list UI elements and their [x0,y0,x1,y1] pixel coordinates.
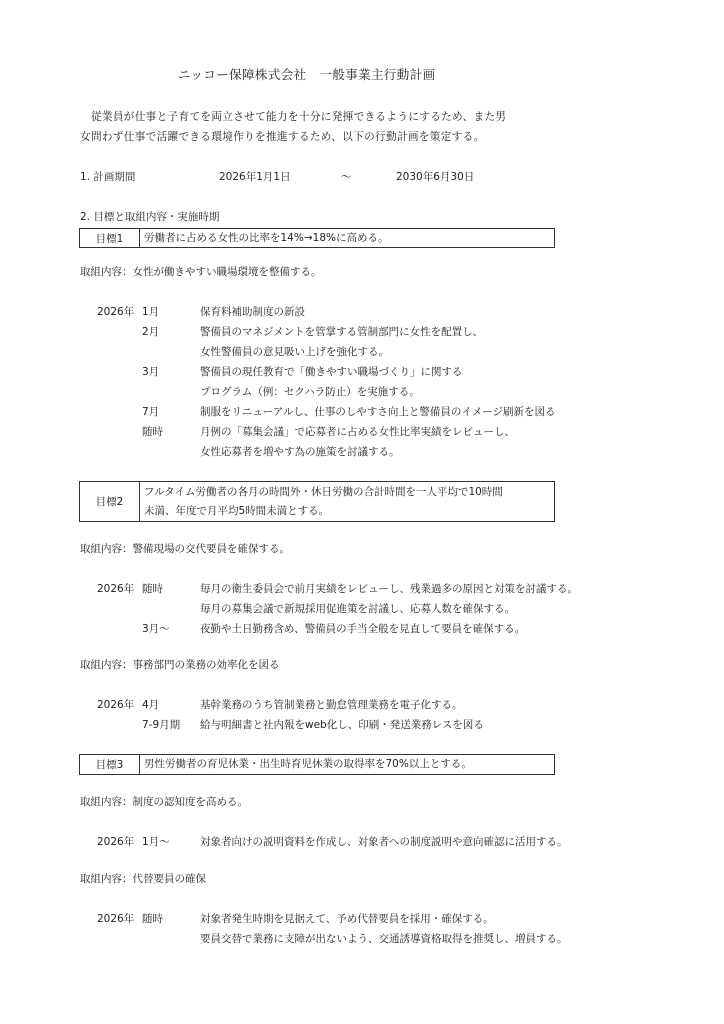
row-when: 1月 [142,307,159,318]
goal-3-text: 男性労働者の育児休業・出生時育児休業の取得率を70%以上とする。 [140,755,554,774]
row-text: 夜勤や土日勤務含め、警備員の手当全般を見直して要員を確保する。 [200,624,525,635]
goal-1-text: 労働者に占める女性の比率を14%→18%に高める。 [140,229,554,247]
year-label: 2026年 [97,700,134,711]
document-title: ニッコー保障株式会社 一般事業主行動計画 [178,69,436,82]
row-when: 随時 [142,427,163,438]
row-when: 4月 [142,700,159,711]
period-start: 2026年1月1日 [219,172,291,183]
goal-1-label: 目標1 [80,229,140,247]
row-text: 保育料補助制度の新設 [200,307,305,318]
intro-line-1: 従業員が仕事と子育てを両立させて能力を十分に発揮できるようにするため、また男 [80,112,506,123]
row-when: 7月 [142,407,159,418]
row-text: 対象者発生時期を見据えて、予め代替要員を採用・確保する。 [200,914,494,925]
row-text: 警備員の現任教育で「働きやすい職場づくり」に関する [200,367,463,378]
row-when: 3月 [142,367,159,378]
period-label: 1. 計画期間 [80,172,135,183]
row-text: 対象者向けの説明資料を作成し、対象者への制度説明や意向確認に活用する。 [200,837,568,848]
row-text: プログラム（例：セクハラ防止）を実施する。 [200,387,420,398]
year-label: 2026年 [97,584,134,595]
row-text: 制服をリニューアルし、仕事のしやすさ向上と警備員のイメージ刷新を図る [200,407,556,418]
goal-3-box: 目標3 男性労働者の育児休業・出生時育児休業の取得率を70%以上とする。 [79,754,555,775]
goal-2-text: フルタイム労働者の各月の時間外・休日労働の合計時間を一人平均で10時間 未満、年… [140,482,554,521]
goal-2-label: 目標2 [80,482,140,521]
row-text: 要員交替で業務に支障が出ないよう、交通誘導資格取得を推奨し、増員する。 [200,934,568,945]
row-text: 月例の「募集会議」で応募者に占める女性比率実績をレビューし、 [200,427,515,438]
goal-2-text-line-2: 未満、年度で月平均5時間未満とする。 [144,502,550,521]
period-separator: ～ [341,172,352,183]
goal-2-box: 目標2 フルタイム労働者の各月の時間外・休日労働の合計時間を一人平均で10時間 … [79,481,555,522]
row-text: 警備員のマネジメントを管掌する管制部門に女性を配置し、 [200,327,483,338]
row-when: 随時 [142,914,163,925]
measure-5-heading: 取組内容：代替要員の確保 [80,874,206,885]
section-2-heading: 2. 目標と取組内容・実施時期 [80,212,219,223]
measure-1-heading: 取組内容：女性が働きやすい職場環境を整備する。 [80,267,322,278]
goal-1-box: 目標1 労働者に占める女性の比率を14%→18%に高める。 [79,228,555,248]
intro-line-2: 女問わず仕事で活躍できる環境作りを推進するため、以下の行動計画を策定する。 [80,132,485,143]
year-label: 2026年 [97,307,134,318]
year-label: 2026年 [97,837,134,848]
goal-2-text-line-1: フルタイム労働者の各月の時間外・休日労働の合計時間を一人平均で10時間 [144,483,550,502]
row-text: 毎月の衛生委員会で前月実績をレビューし、残業過多の原因と対策を討議する。 [200,584,578,595]
row-text: 基幹業務のうち管制業務と勤怠管理業務を電子化する。 [200,700,463,711]
year-label: 2026年 [97,914,134,925]
row-when: 2月 [142,327,159,338]
row-text: 女性警備員の意見吸い上げを強化する。 [200,347,389,358]
measure-2-heading: 取組内容：警備現場の交代要員を確保する。 [80,544,290,555]
row-text: 給与明細書と社内報をweb化し、印刷・発送業務レスを図る [200,720,484,731]
row-when: 随時 [142,584,163,595]
measure-3-heading: 取組内容：事務部門の業務の効率化を図る [80,660,280,671]
row-when: 1月～ [142,837,170,848]
row-text: 女性応募者を増やす為の施策を討議する。 [200,447,400,458]
measure-4-heading: 取組内容：制度の認知度を高める。 [80,797,248,808]
row-text: 毎月の募集会議で新規採用促進策を討議し、応募人数を確保する。 [200,604,515,615]
row-when: 3月～ [142,624,170,635]
period-end: 2030年6月30日 [396,172,474,183]
row-when: 7-9月期 [142,720,180,731]
goal-3-label: 目標3 [80,755,140,774]
